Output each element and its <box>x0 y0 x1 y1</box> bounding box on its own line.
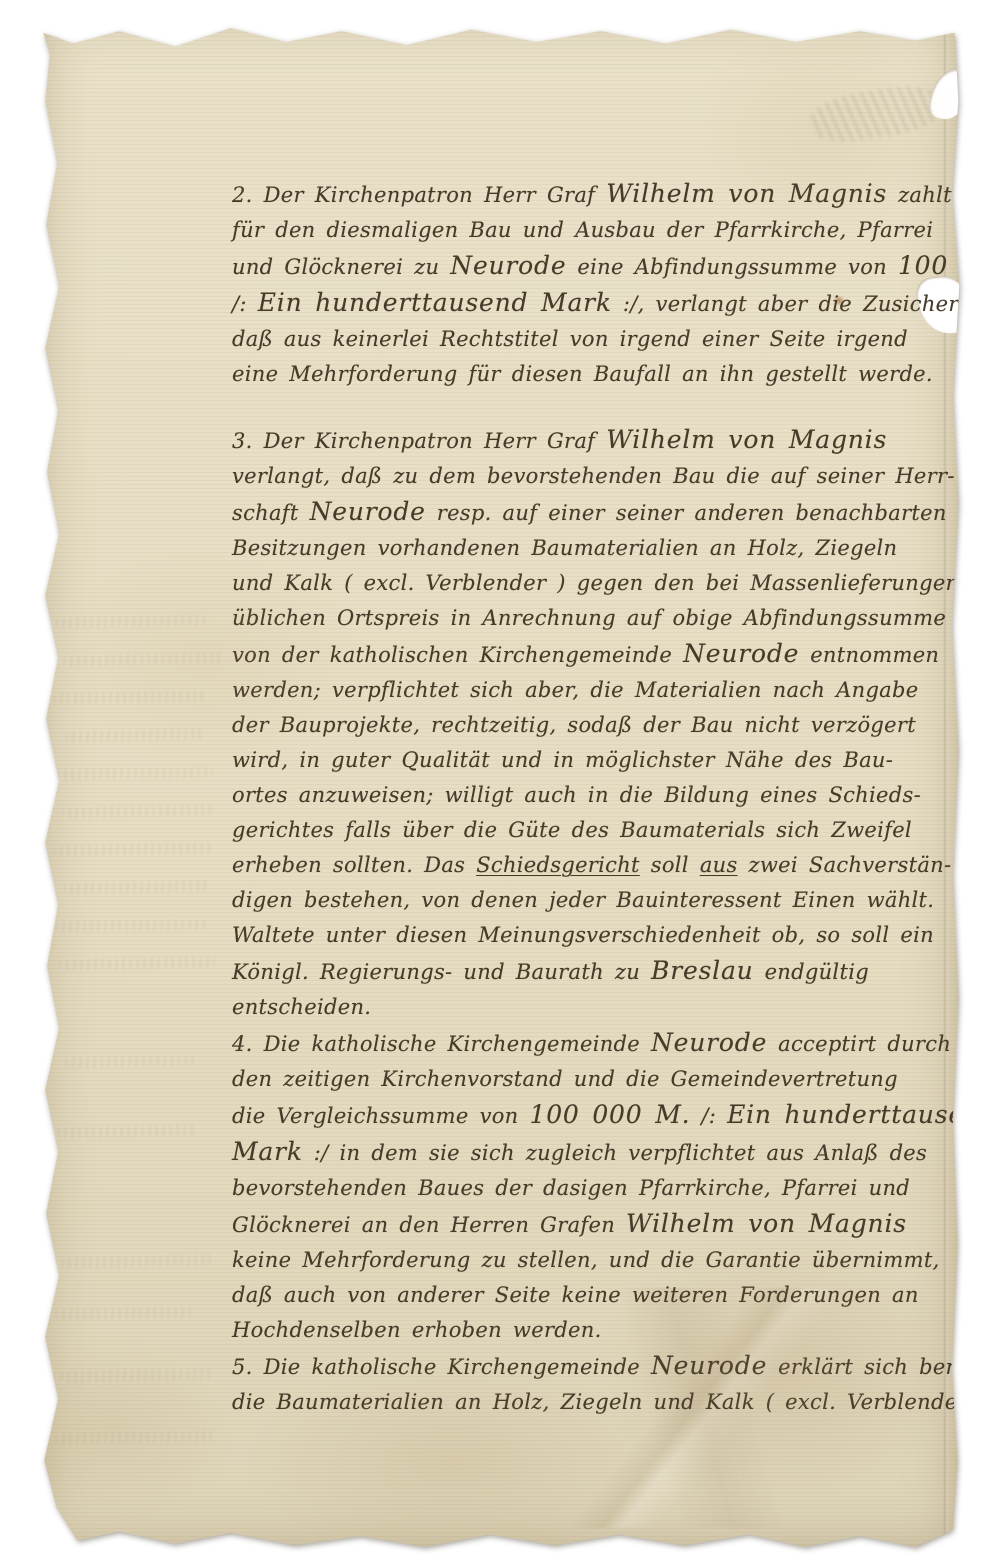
text-line: keine Mehrforderung zu stellen, und die … <box>232 1243 964 1278</box>
ink-showthrough-line <box>62 804 212 818</box>
emphasized-handwriting: 100 000 M. <box>529 1100 690 1129</box>
ink-showthrough-line <box>61 1368 211 1382</box>
paragraph-3: 3. Der Kirchenpatron Herr Graf Wilhelm v… <box>232 422 964 1025</box>
handwriting-text: der Bauprojekte, rechtzeitig, sodaß der … <box>232 713 916 737</box>
scan-background: 2. Der Kirchenpatron Herr Graf Wilhelm v… <box>0 0 995 1563</box>
ink-showthrough-line <box>56 918 206 932</box>
faint-pencil-inscription <box>808 80 944 148</box>
handwriting-text: entnommen <box>799 643 939 667</box>
handwriting-text: digen bestehen, von denen jeder Bauinter… <box>232 888 934 912</box>
emphasized-handwriting: Neurode <box>450 251 566 280</box>
text-line: verlangt, daß zu dem bevorstehenden Bau … <box>232 459 964 494</box>
handwriting-text: keine Mehrforderung zu stellen, und die … <box>232 1248 940 1272</box>
handwriting-text: Königl. Regierungs- und Baurath zu <box>232 960 651 984</box>
handwriting-text: 3. Der Kirchenpatron Herr Graf <box>232 429 606 453</box>
handwriting-text: :/, verlangt aber die Zusicherung, <box>612 292 995 316</box>
text-line: üblichen Ortspreis in Anrechnung auf obi… <box>232 601 964 636</box>
emphasized-handwriting: Mark <box>232 1137 303 1166</box>
underlined-handwriting: aus <box>700 853 738 877</box>
text-line: /: Ein hunderttausend Mark :/, verlangt … <box>232 285 964 322</box>
handwriting-text: Besitzungen vorhandenen Baumaterialien a… <box>232 536 897 560</box>
handwriting-text: 4. Die katholische Kirchengemeinde <box>232 1032 651 1056</box>
handwriting-text: eine Abfindungssumme von <box>566 255 898 279</box>
text-line: und Kalk ( excl. Verblender ) gegen den … <box>232 566 964 601</box>
text-line: Mark :/ in dem sie sich zugleich verpfli… <box>232 1134 964 1171</box>
emphasized-handwriting: Ein hunderttausend Mark <box>258 288 612 317</box>
text-line: 2. Der Kirchenpatron Herr Graf Wilhelm v… <box>232 176 964 213</box>
emphasized-handwriting: Breslau <box>651 956 754 985</box>
handwriting-text: soll <box>640 853 700 877</box>
handwriting-text: werden; verpflichtet sich aber, die Mate… <box>232 678 918 702</box>
paragraph-5: 5. Die katholische Kirchengemeinde Neuro… <box>232 1348 964 1420</box>
handwriting-text: zahlt <box>887 183 952 207</box>
text-line: daß aus keinerlei Rechtstitel von irgend… <box>232 322 964 357</box>
ink-showthrough-line <box>62 1254 212 1268</box>
ink-showthrough-line <box>54 842 214 856</box>
handwriting-text: daß auch von anderer Seite keine weitere… <box>232 1283 919 1307</box>
text-line: Besitzungen vorhandenen Baumaterialien a… <box>232 531 964 566</box>
handwriting-text: eine Mehrforderung für diesen Baufall an… <box>232 362 933 386</box>
handwriting-text: von der katholischen Kirchengemeinde <box>232 643 683 667</box>
emphasized-handwriting: Wilhelm von Magnis <box>626 1209 907 1238</box>
text-line: entscheiden. <box>232 990 964 1025</box>
text-line: werden; verpflichtet sich aber, die Mate… <box>232 673 964 708</box>
ink-showthrough-line <box>64 880 209 894</box>
paragraph-4: 4. Die katholische Kirchengemeinde Neuro… <box>232 1025 964 1348</box>
handwriting-text: erheben sollten. Das <box>232 853 476 877</box>
handwriting-text: endgültig <box>754 960 869 984</box>
text-line: den zeitigen Kirchenvorstand und die Gem… <box>232 1062 964 1097</box>
handwriting-text: /: <box>232 292 258 316</box>
handwriting-text: schaft <box>232 501 310 525</box>
manuscript-text-block: 2. Der Kirchenpatron Herr Graf Wilhelm v… <box>232 176 964 1420</box>
text-line: Glöcknerei an den Herren Grafen Wilhelm … <box>232 1206 964 1243</box>
underlined-handwriting: Schiedsgericht <box>476 853 640 877</box>
emphasized-handwriting: Neurode <box>651 1351 767 1380</box>
emphasized-handwriting: Wilhelm von Magnis <box>606 179 887 208</box>
text-line: digen bestehen, von denen jeder Bauinter… <box>232 883 964 918</box>
handwriting-text: den zeitigen Kirchenvorstand und die Gem… <box>232 1067 898 1091</box>
emphasized-handwriting: Ein hunderttausend <box>727 1100 995 1129</box>
paper-shadow-wrap: 2. Der Kirchenpatron Herr Graf Wilhelm v… <box>0 0 995 1563</box>
ink-showthrough-line <box>58 766 213 780</box>
text-line: ortes anzuweisen; willigt auch in die Bi… <box>232 778 964 813</box>
handwriting-text: die Baumaterialien an Holz, Ziegeln und … <box>232 1390 987 1414</box>
text-line: von der katholischen Kirchengemeinde Neu… <box>232 636 964 673</box>
handwriting-text: verlangt, daß zu dem bevorstehenden Bau … <box>232 464 955 488</box>
text-line: wird, in guter Qualität und in möglichst… <box>232 743 964 778</box>
handwriting-text: die Vergleichssumme von <box>232 1104 529 1128</box>
handwriting-text: Waltete unter diesen Meinungsverschieden… <box>232 923 934 947</box>
text-line: Waltete unter diesen Meinungsverschieden… <box>232 918 964 953</box>
handwriting-text: daß aus keinerlei Rechtstitel von irgend… <box>232 327 908 351</box>
handwriting-text: ortes anzuweisen; willigt auch in die Bi… <box>232 783 921 807</box>
ink-showthrough-line <box>56 1307 196 1321</box>
text-line: die Baumaterialien an Holz, Ziegeln und … <box>232 1385 964 1420</box>
text-line: der Bauprojekte, rechtzeitig, sodaß der … <box>232 708 964 743</box>
ink-showthrough-line <box>66 729 206 743</box>
handwriting-text: und Glöcknerei zu <box>232 255 450 279</box>
ink-showthrough-line <box>64 652 224 666</box>
text-line: gerichtes falls über die Güte des Baumat… <box>232 813 964 848</box>
text-line: schaft Neurode resp. auf einer seiner an… <box>232 494 964 531</box>
handwriting-text: wird, in guter Qualität und in möglichst… <box>232 748 893 772</box>
text-line: Königl. Regierungs- und Baurath zu Bresl… <box>232 953 964 990</box>
emphasized-handwriting: Neurode <box>310 497 426 526</box>
text-line: Hochdenselben erhoben werden. <box>232 1313 964 1348</box>
ink-showthrough-line <box>56 614 206 628</box>
emphasized-handwriting: Wilhelm von Magnis <box>606 425 887 454</box>
ink-showthrough-line <box>54 690 204 704</box>
paper-damage-nick-top <box>926 64 974 123</box>
text-line: 3. Der Kirchenpatron Herr Graf Wilhelm v… <box>232 422 964 459</box>
handwriting-text: gerichtes falls über die Güte des Baumat… <box>232 818 912 842</box>
text-line: erheben sollten. Das Schiedsgericht soll… <box>232 848 964 883</box>
handwriting-text: üblichen Ortspreis in Anrechnung auf obi… <box>232 606 946 630</box>
text-line: bevorstehenden Baues der dasigen Pfarrki… <box>232 1171 964 1206</box>
handwriting-text: für den diesmaligen Bau und Ausbau der P… <box>232 218 933 242</box>
paragraph-2: 2. Der Kirchenpatron Herr Graf Wilhelm v… <box>232 176 964 392</box>
handwriting-text: /: <box>690 1104 727 1128</box>
text-line: 4. Die katholische Kirchengemeinde Neuro… <box>232 1025 964 1062</box>
handwriting-text: erklärt sich bereit, <box>767 1355 991 1379</box>
text-line: die Vergleichssumme von 100 000 M. /: Ei… <box>232 1097 964 1134</box>
emphasized-handwriting: Neurode <box>651 1028 767 1057</box>
handwriting-text: und Kalk ( excl. Verblender ) gegen den … <box>232 571 959 595</box>
text-line: daß auch von anderer Seite keine weitere… <box>232 1278 964 1313</box>
handwriting-text: :/ in dem sie sich zugleich verpflichtet… <box>303 1141 927 1165</box>
ink-showthrough-line <box>60 956 215 970</box>
handwriting-text: zwei Sachverstän- <box>738 853 952 877</box>
text-line: für den diesmaligen Bau und Ausbau der P… <box>232 213 964 248</box>
ink-showthrough-line <box>58 1125 198 1139</box>
text-line: und Glöcknerei zu Neurode eine Abfindung… <box>232 248 964 285</box>
manuscript-page: 2. Der Kirchenpatron Herr Graf Wilhelm v… <box>36 8 962 1553</box>
handwriting-text: entscheiden. <box>232 995 371 1019</box>
emphasized-handwriting: 100 000 M. <box>898 251 995 280</box>
handwriting-text: resp. auf einer seiner anderen benachbar… <box>426 501 947 525</box>
ink-showthrough-line <box>66 1055 196 1069</box>
emphasized-handwriting: Neurode <box>683 639 799 668</box>
handwriting-text: 2. Der Kirchenpatron Herr Graf <box>232 183 606 207</box>
handwriting-text: Hochdenselben erhoben werden. <box>232 1318 602 1342</box>
handwriting-text: acceptirt durch <box>767 1032 951 1056</box>
handwriting-text: 5. Die katholische Kirchengemeinde <box>232 1355 651 1379</box>
text-line: eine Mehrforderung für diesen Baufall an… <box>232 357 964 392</box>
text-line: 5. Die katholische Kirchengemeinde Neuro… <box>232 1348 964 1385</box>
handwriting-text: bevorstehenden Baues der dasigen Pfarrki… <box>232 1176 910 1200</box>
ink-showthrough-line <box>56 1430 216 1444</box>
handwriting-text: Glöcknerei an den Herren Grafen <box>232 1213 626 1237</box>
